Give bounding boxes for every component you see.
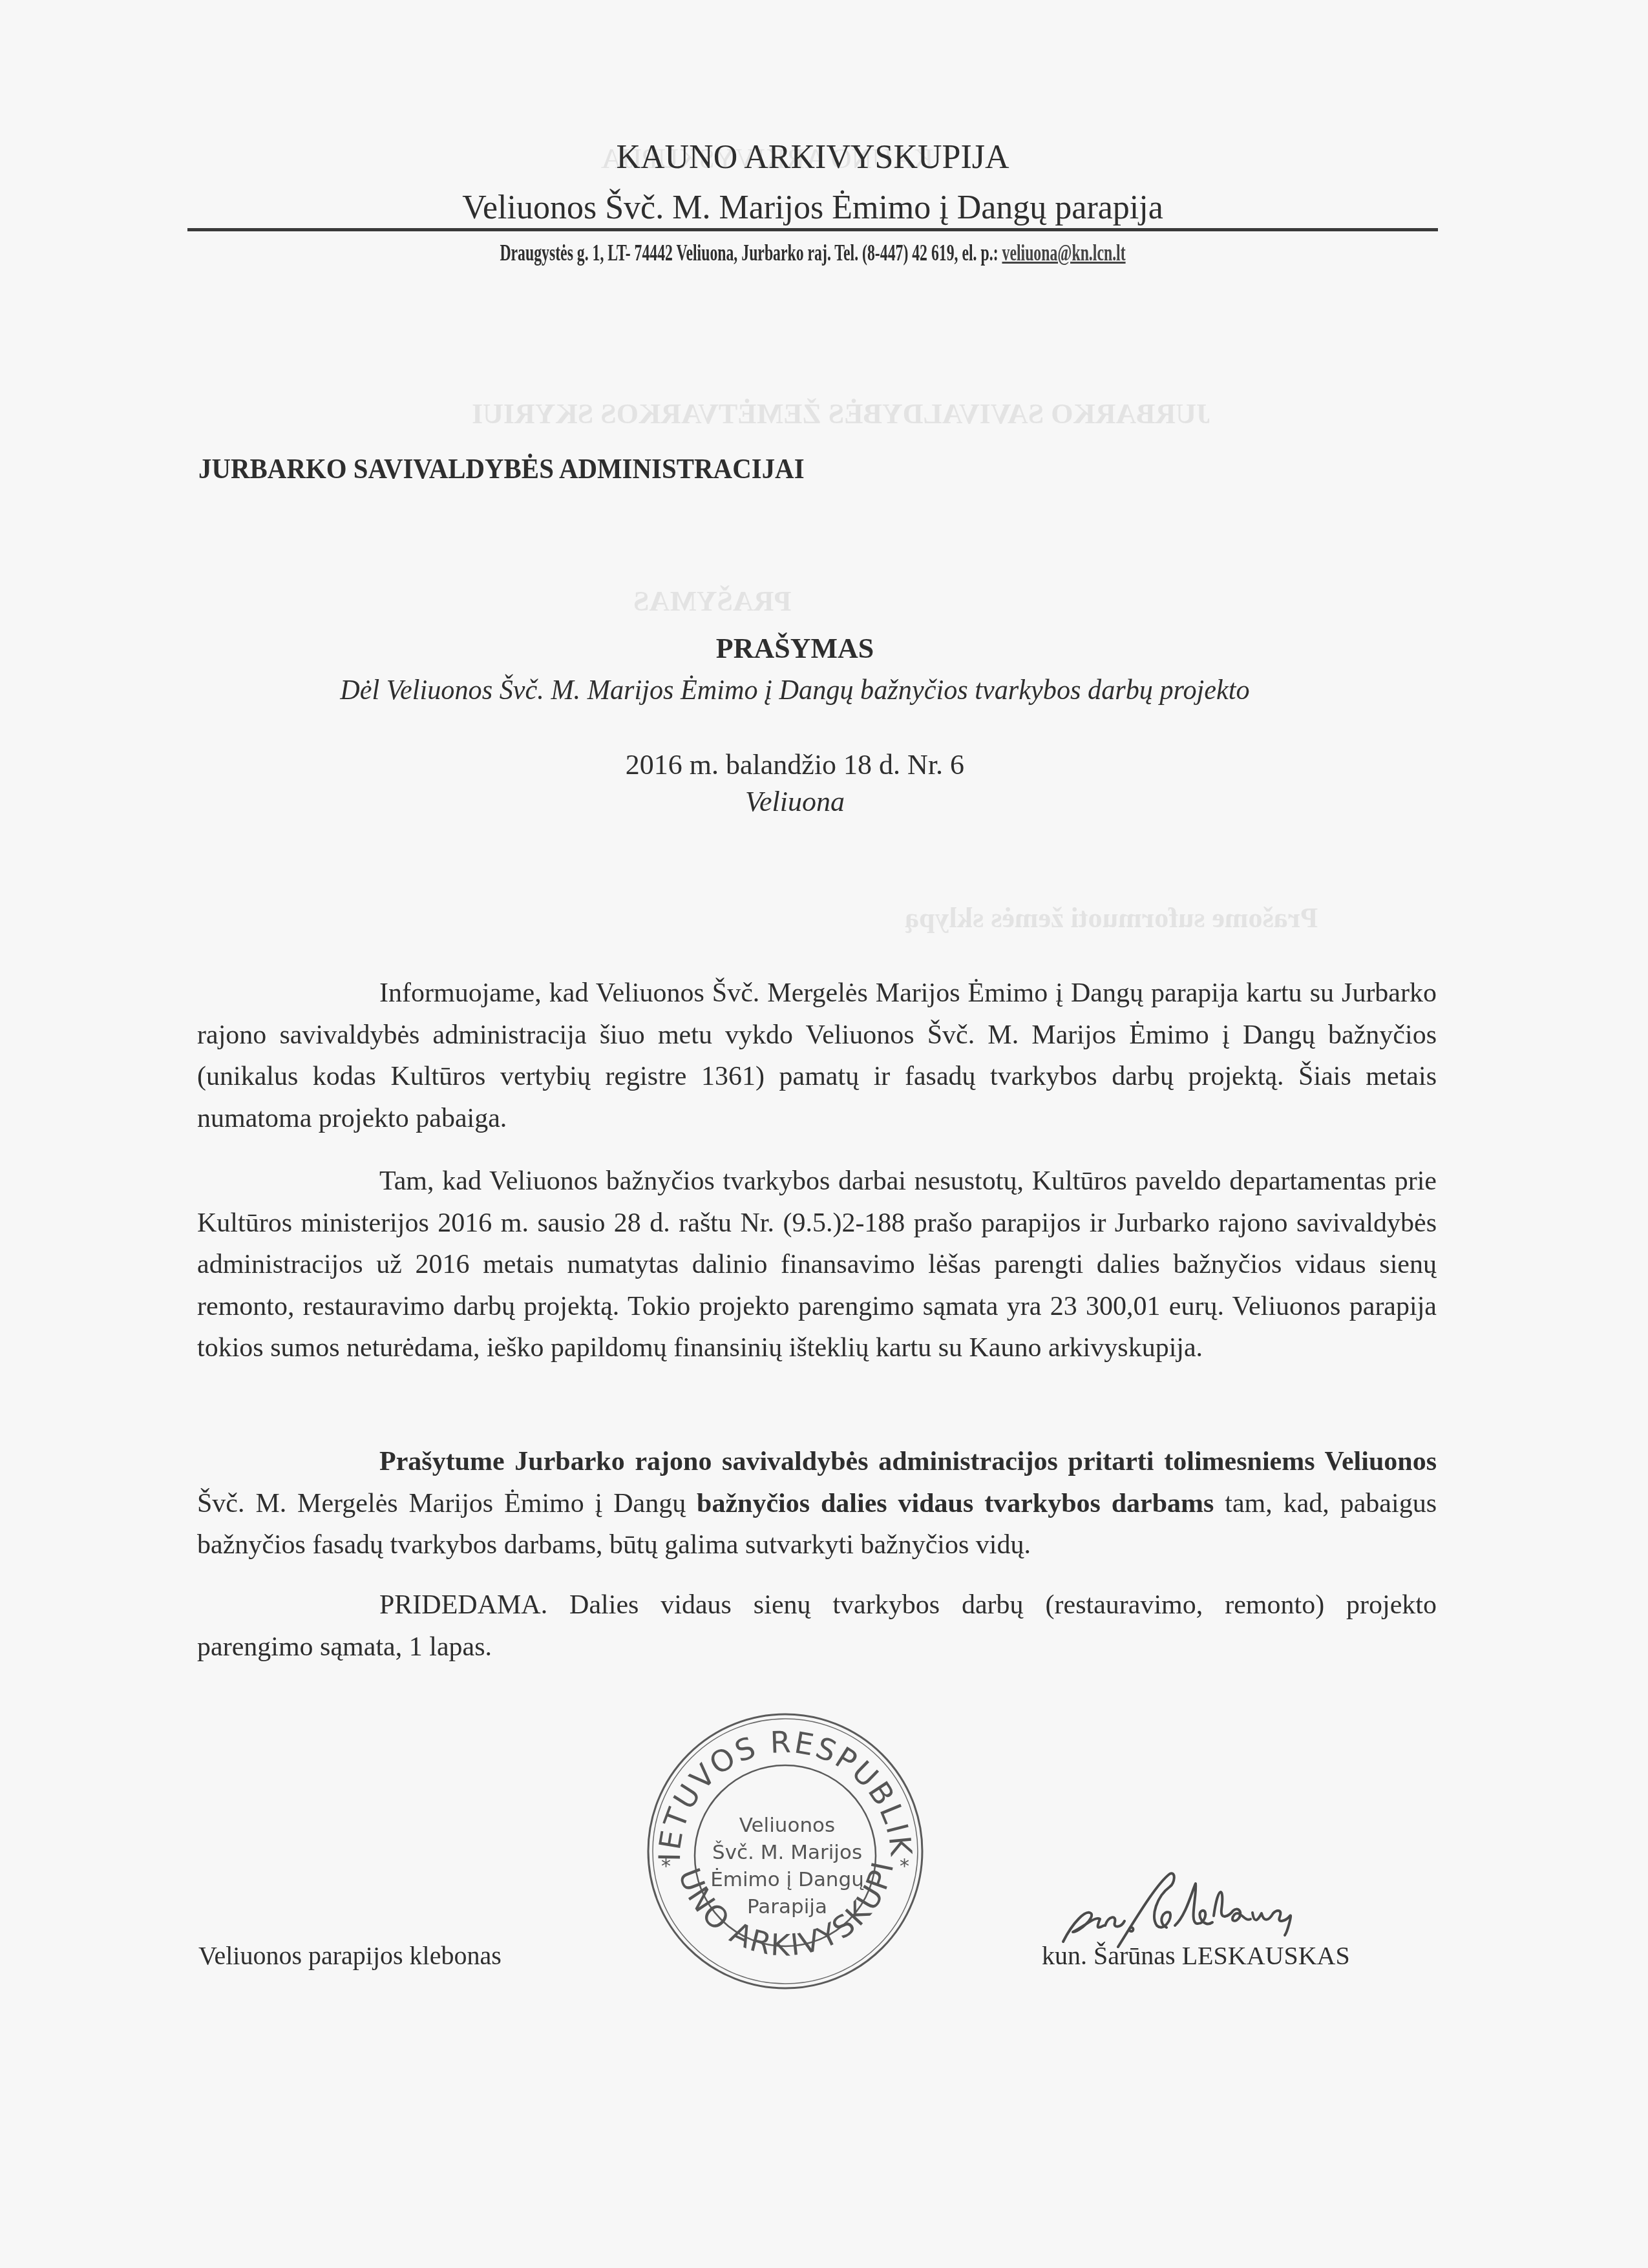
body-paragraph-attachment: PRIDEDAMA. Dalies vidaus sienų tvarkybos…	[197, 1584, 1437, 1668]
stamp-seal-icon: LIETUVOS RESPUBLIKA KAUNO ARKIVYSKUPIJA …	[640, 1706, 931, 1997]
svg-text:*: *	[900, 1855, 909, 1878]
paragraph-text: Švč. M. Mergelės Marijos Ėmimo į Dangų	[197, 1489, 697, 1518]
letterhead-organization: KAUNO ARKIVYSKUPIJA	[187, 138, 1438, 176]
document-title: PRAŠYMAS	[0, 632, 1590, 665]
email-link[interactable]: veliuona@kn.lcn.lt	[1002, 240, 1125, 266]
bleed-through-text: Prašome suformuoti žemės sklypą	[905, 901, 1318, 934]
letterhead-parish: Veliuonos Švč. M. Marijos Ėmimo į Dangų …	[187, 189, 1438, 227]
bleed-through-text: PRAŠYMAS	[633, 585, 791, 618]
bleed-through-text: JURBARKO SAVIVALDYBĖS ŽEMĖTVARKOS SKYRIU…	[472, 397, 1210, 430]
svg-text:Ėmimo į Dangų: Ėmimo į Dangų	[710, 1868, 864, 1891]
letterhead-address: Draugystės g. 1, LT- 74442 Veliuona, Jur…	[400, 239, 1225, 266]
paragraph-text: Tam, kad Veliuonos bažnyčios tvarkybos d…	[197, 1166, 1437, 1363]
paragraph-bold-text: Prašytume Jurbarko rajono savivaldybės a…	[379, 1447, 1437, 1476]
recipient: JURBARKO SAVIVALDYBĖS ADMINISTRACIJAI	[198, 452, 805, 485]
address-text: Draugystės g. 1, LT- 74442 Veliuona, Jur…	[500, 240, 1002, 266]
letterhead-divider	[187, 228, 1438, 231]
document-place: Veliuona	[0, 785, 1590, 818]
signatory-position: Veliuonos parapijos klebonas	[198, 1940, 502, 1971]
handwritten-signature	[1060, 1871, 1331, 1948]
body-paragraph-3: Prašytume Jurbarko rajono savivaldybės a…	[197, 1441, 1437, 1566]
svg-text:Švč. M. Marijos: Švč. M. Marijos	[712, 1840, 862, 1864]
svg-text:Veliuonos: Veliuonos	[739, 1814, 835, 1837]
parish-stamp: LIETUVOS RESPUBLIKA KAUNO ARKIVYSKUPIJA …	[640, 1706, 931, 1997]
signature-scribble-icon	[1060, 1871, 1331, 1948]
svg-text:*: *	[661, 1855, 671, 1878]
body-paragraph-2: Tam, kad Veliuonos bažnyčios tvarkybos d…	[197, 1160, 1437, 1369]
body-paragraph-1: Informuojame, kad Veliuonos Švč. Mergelė…	[197, 972, 1437, 1139]
paragraph-text: Informuojame, kad Veliuonos Švč. Mergelė…	[197, 978, 1437, 1133]
document-date-number: 2016 m. balandžio 18 d. Nr. 6	[0, 748, 1590, 781]
document-subject: Dėl Veliuonos Švč. M. Marijos Ėmimo į Da…	[32, 673, 1558, 706]
svg-text:LIETUVOS RESPUBLIKA: LIETUVOS RESPUBLIKA	[640, 1706, 919, 1862]
svg-text:Parapija: Parapija	[747, 1895, 827, 1918]
paragraph-text: PRIDEDAMA. Dalies vidaus sienų tvarkybos…	[197, 1590, 1437, 1662]
signatory-name: kun. Šarūnas LESKAUSKAS	[1042, 1940, 1350, 1971]
paragraph-bold-text: bažnyčios dalies vidaus tvarkybos darbam…	[697, 1489, 1214, 1518]
